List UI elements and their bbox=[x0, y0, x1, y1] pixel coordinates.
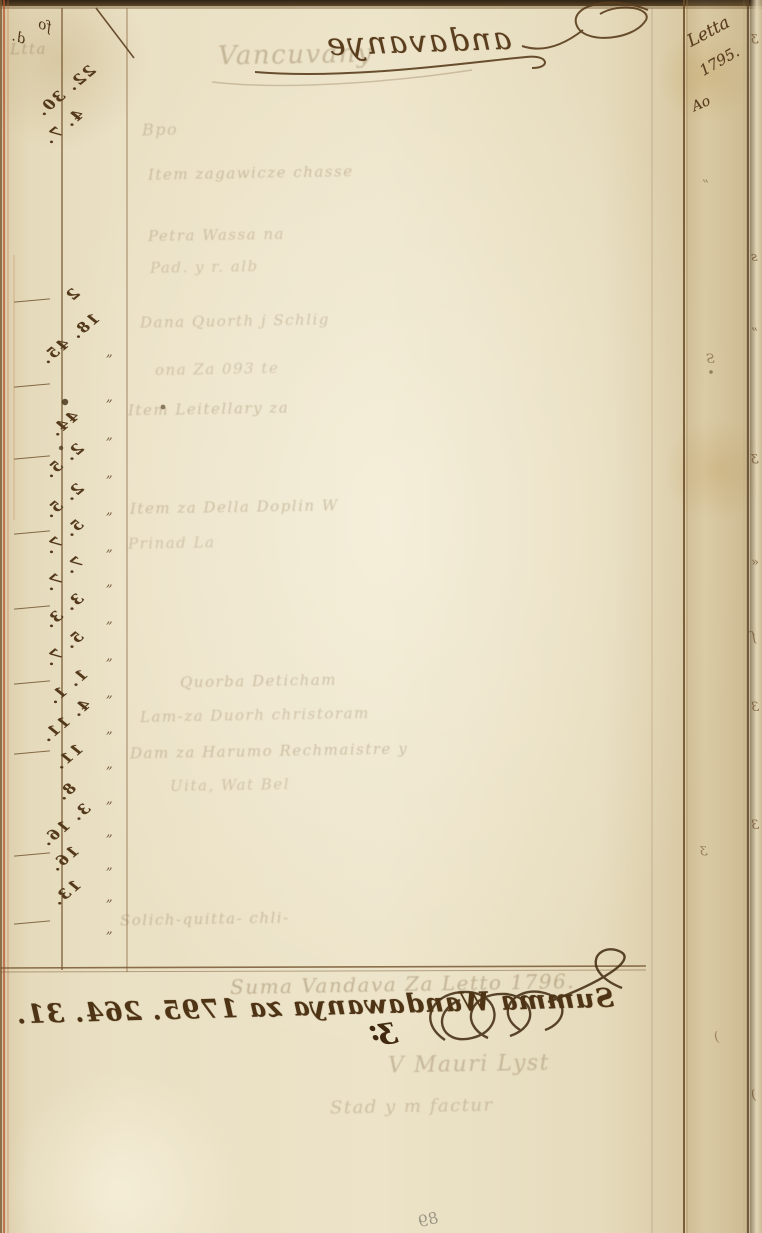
ghost-line: Pad. y r. alb bbox=[150, 257, 259, 277]
edge-fragment: ʒ bbox=[751, 30, 758, 45]
gutter-mark: S bbox=[706, 352, 715, 367]
gutter-mark: ) bbox=[714, 1030, 719, 1045]
margin-amount: 7. 7. bbox=[40, 552, 87, 596]
ghost-line: V Mauri Lyst bbox=[388, 1051, 550, 1079]
ditto-mark: „ bbox=[106, 686, 113, 701]
summary-flourish-mark: ʒ: bbox=[366, 1010, 399, 1049]
edge-fragment: « bbox=[751, 555, 759, 570]
ruled-lines-and-flourishes bbox=[0, 0, 762, 1233]
edge-fragment: 3 bbox=[751, 818, 759, 833]
entry-divider bbox=[14, 455, 50, 459]
margin-amount: 2. 5. bbox=[40, 439, 87, 483]
margin-amount: 5. 7. bbox=[40, 627, 87, 671]
entry-divider bbox=[14, 530, 50, 534]
ghost-line: ona Za 093 te bbox=[155, 359, 280, 379]
pencil-folio-number: 89 bbox=[416, 1208, 440, 1231]
ditto-mark: „ bbox=[106, 922, 113, 937]
ghost-line: Dam za Harumo Rechmaistre y bbox=[130, 740, 408, 763]
ghost-line: Dana Quorth j Schlig bbox=[140, 310, 330, 331]
ghost-line: Petra Wassa na bbox=[148, 225, 285, 245]
page-gutter-strip bbox=[686, 0, 748, 1233]
margin-amount: 18. 45. bbox=[37, 309, 103, 369]
ghost-line: Uita, Wat Bel bbox=[170, 775, 290, 795]
margin-amount: 11. bbox=[50, 740, 86, 774]
ditto-mark: „ bbox=[106, 612, 113, 627]
edge-fragment: „ bbox=[751, 318, 758, 333]
margin-amount: 3. 16. bbox=[37, 799, 94, 851]
ghost-line: Solich-quitta- chli- bbox=[120, 909, 290, 930]
ghost-line: Quorba Deticham bbox=[180, 671, 337, 692]
margin-amount: 5. 7. bbox=[40, 515, 87, 559]
entry-divider bbox=[14, 383, 50, 387]
gutter-mark: „ bbox=[702, 170, 709, 185]
margin-amount: 2 bbox=[62, 284, 83, 306]
ditto-mark: „ bbox=[106, 649, 113, 664]
ditto-mark: „ bbox=[106, 858, 113, 873]
entry-divider bbox=[14, 852, 50, 856]
ditto-mark: „ bbox=[106, 345, 113, 360]
entry-divider bbox=[14, 920, 50, 924]
ditto-mark: „ bbox=[106, 575, 113, 590]
ditto-mark: „ bbox=[106, 466, 113, 481]
entry-divider bbox=[14, 680, 50, 684]
entry-divider bbox=[14, 605, 50, 609]
manuscript-page: LttaVancuvanyBpoItem zagawicze chassePet… bbox=[0, 0, 762, 1233]
margin-header-fl: fo bbox=[36, 16, 54, 35]
ghost-line: Stad y m factur bbox=[330, 1095, 494, 1119]
ditto-mark: „ bbox=[106, 825, 113, 840]
ghost-line: Bpo bbox=[142, 120, 178, 140]
edge-fragment: ) bbox=[751, 1088, 756, 1103]
ghost-line: Item Leitellary za bbox=[128, 399, 289, 420]
entry-divider bbox=[14, 750, 50, 754]
edge-fragment: ʒ bbox=[751, 450, 758, 465]
ditto-mark: „ bbox=[106, 792, 113, 807]
top-binding-edge-shadow bbox=[0, 6, 762, 9]
ditto-mark: „ bbox=[106, 890, 113, 905]
margin-amount: 44. bbox=[46, 407, 82, 441]
ghost-line: Item zagawicze chasse bbox=[148, 162, 354, 184]
ditto-mark: „ bbox=[106, 540, 113, 555]
ghost-line: Prinad La bbox=[128, 533, 216, 553]
margin-amount: 2. 5. bbox=[40, 479, 87, 523]
gutter-mark: ʒ bbox=[700, 842, 707, 857]
ghost-line: Lam-za Duorh christoram bbox=[140, 704, 370, 726]
margin-amount: 3. 3. bbox=[40, 589, 87, 633]
ditto-mark: „ bbox=[106, 722, 113, 737]
ditto-mark: „ bbox=[106, 503, 113, 518]
margin-amount: 13. bbox=[48, 876, 84, 910]
ditto-mark: „ bbox=[106, 757, 113, 772]
edge-fragment: 3 bbox=[751, 700, 759, 715]
next-page-edge-sliver bbox=[750, 0, 762, 1233]
ditto-mark: „ bbox=[106, 428, 113, 443]
margin-amount: 8. bbox=[53, 779, 80, 805]
entry-divider bbox=[14, 298, 50, 302]
edge-fragment: s bbox=[751, 250, 758, 265]
ditto-mark: „ bbox=[106, 390, 113, 405]
margin-amount: 4. 11. bbox=[37, 695, 94, 747]
edge-fragment: ſ bbox=[751, 630, 756, 645]
ghost-line: Item za Della Doplin W bbox=[130, 496, 339, 518]
page-heading: andavanye bbox=[325, 21, 513, 63]
